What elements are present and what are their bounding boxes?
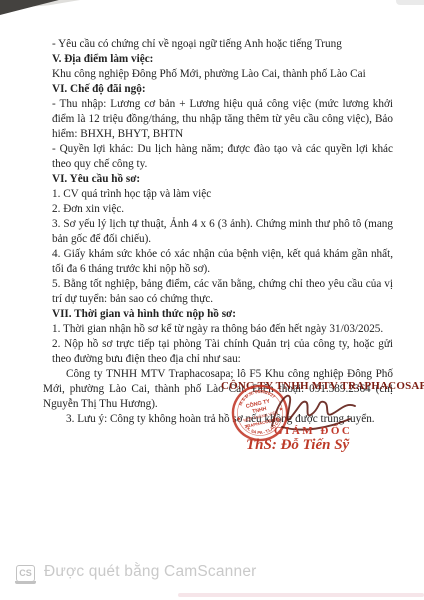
document-line: - Yêu cầu có chứng chỉ về ngoại ngữ tiến…: [52, 37, 393, 52]
document-line: 1. CV quá trình học tập và làm việc: [52, 187, 393, 202]
scan-bottom-tint: [178, 593, 424, 597]
document-line: - Thu nhập: Lương cơ bản + Lương hiệu qu…: [52, 97, 393, 142]
camscanner-logo-icon: CS: [16, 565, 35, 582]
signature-block: CÔNG TY TNHH MTV TRAPHACOSAPA M.S.Đ.N: 0…: [0, 378, 424, 470]
stamp-star-icon: ★: [236, 416, 242, 423]
scanned-document-page: - Yêu cầu có chứng chỉ về ngoại ngữ tiến…: [0, 0, 424, 600]
document-line: 4. Giấy khám sức khỏe có xác nhận của bệ…: [52, 247, 393, 277]
document-line: 5. Bằng tốt nghiệp, bảng điểm, các văn b…: [52, 277, 393, 307]
document-line: Khu công nghiệp Đông Phố Mới, phường Lào…: [52, 67, 393, 82]
camscanner-footer: CS Được quét bằng CamScanner: [0, 562, 424, 590]
document-line: 2. Đơn xin việc.: [52, 202, 393, 217]
document-line: 3. Sơ yếu lý lịch tự thuật, Ảnh 4 x 6 (3…: [52, 217, 393, 247]
scan-edge-smudge: [396, 0, 424, 5]
document-line: 1. Thời gian nhận hồ sơ kể từ ngày ra th…: [52, 322, 393, 337]
camscanner-caption: Được quét bằng CamScanner: [44, 563, 257, 581]
document-line: 2. Nộp hồ sơ trực tiếp tại phòng Tài chí…: [52, 337, 393, 367]
director-title: GIÁM ĐỐC: [274, 425, 352, 437]
signer-name: ThS: Đỗ Tiến Sỹ: [246, 437, 349, 454]
document-body: - Yêu cầu có chứng chỉ về ngoại ngữ tiến…: [52, 37, 393, 427]
document-line: VI. Chế độ đãi ngộ:: [52, 82, 393, 97]
document-line: VI. Yêu cầu hồ sơ:: [52, 172, 393, 187]
document-line: - Quyền lợi khác: Du lịch hàng năm; được…: [52, 142, 393, 172]
document-line: VII. Thời gian và hình thức nộp hồ sơ:: [52, 307, 393, 322]
document-line: V. Địa điểm làm việc:: [52, 52, 393, 67]
